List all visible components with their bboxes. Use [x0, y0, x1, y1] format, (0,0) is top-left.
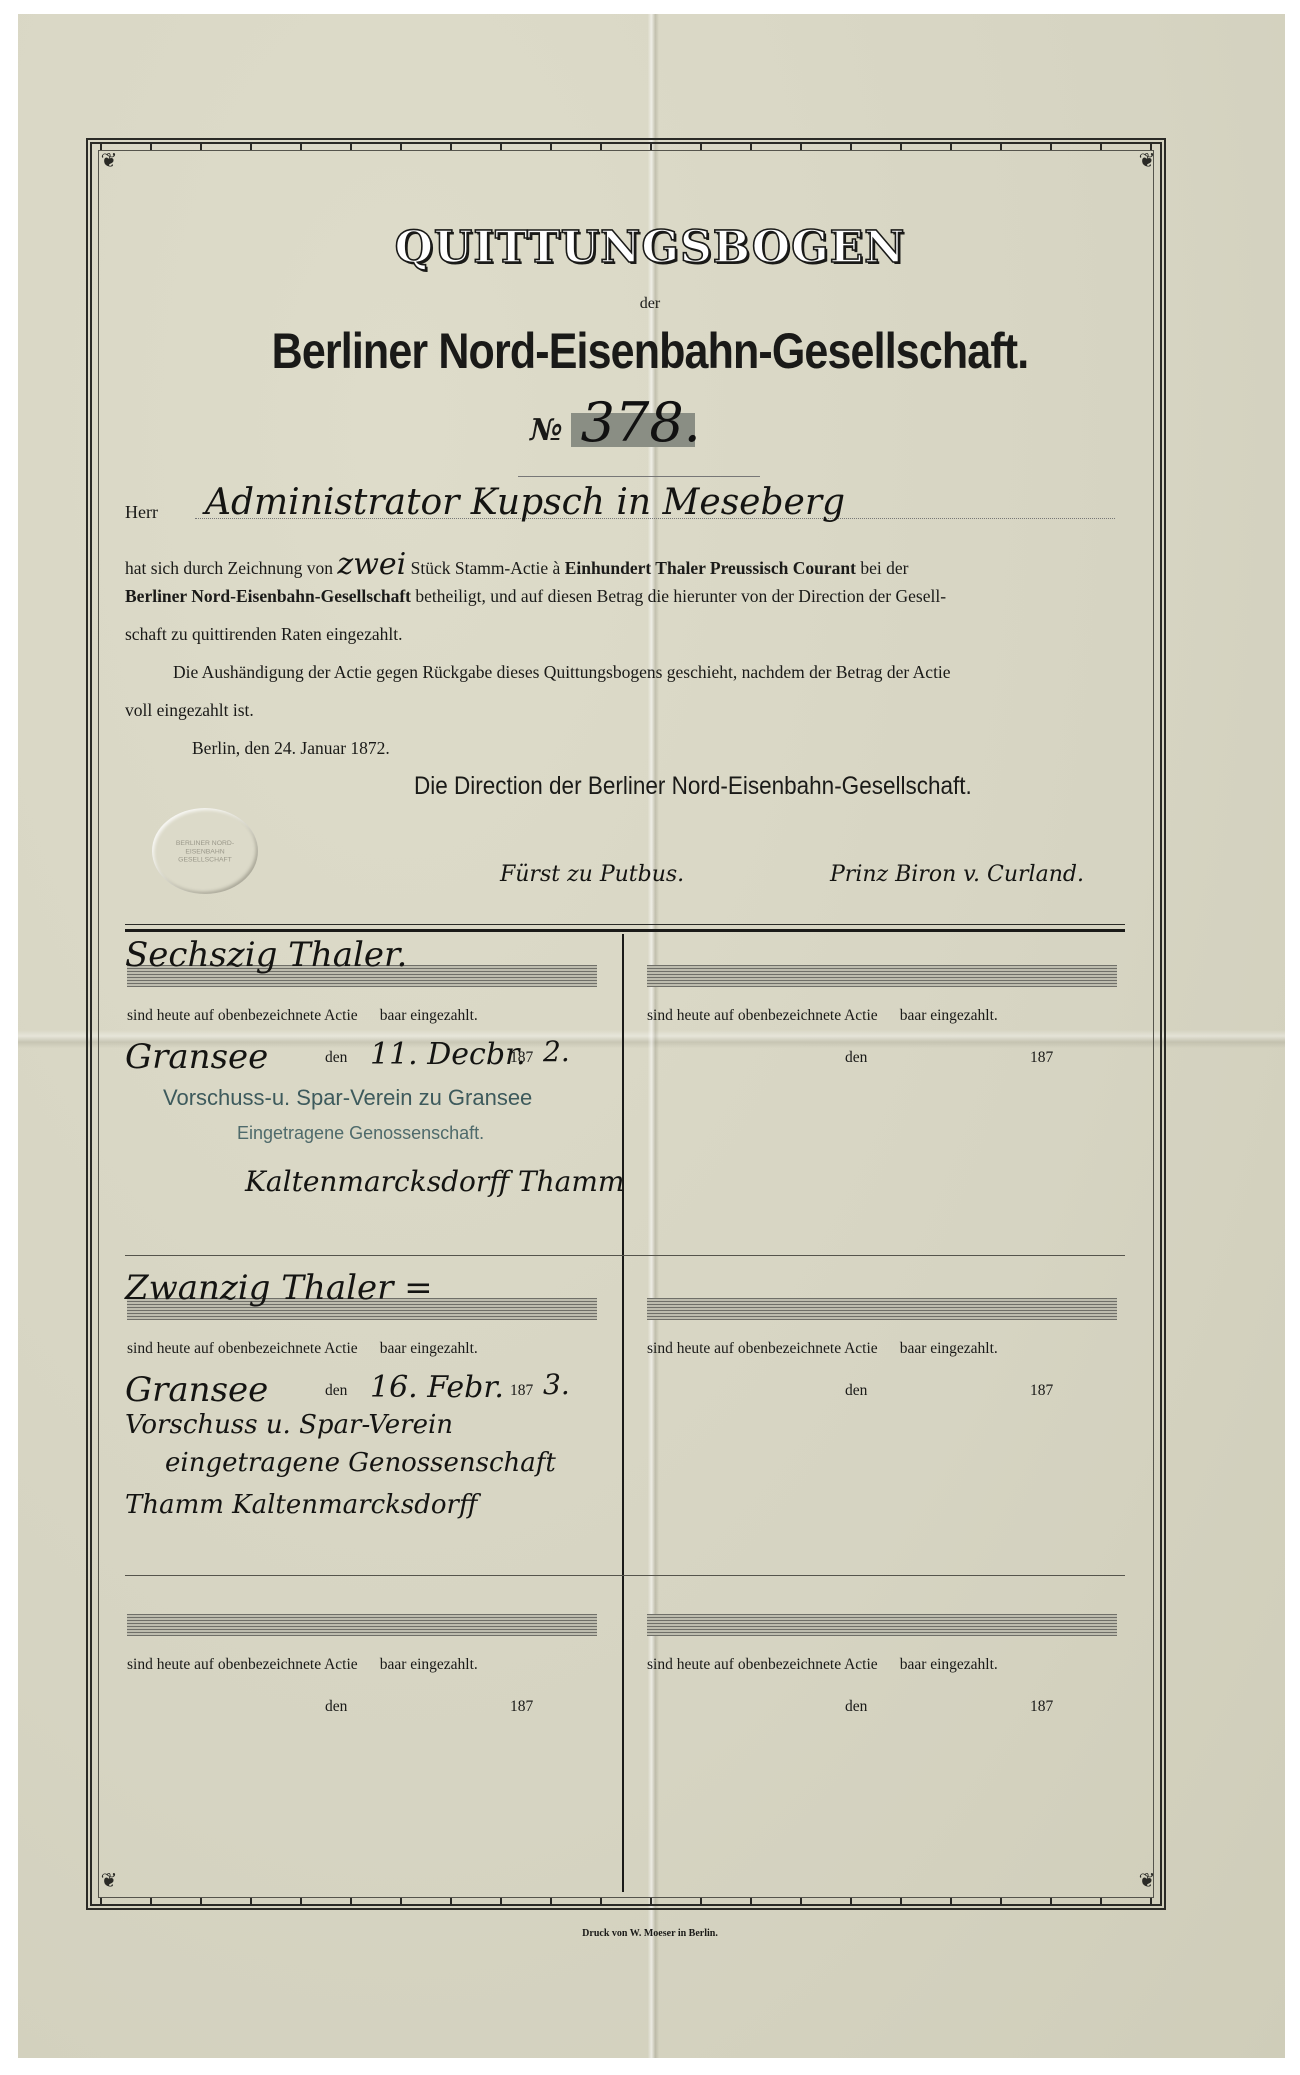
year-prefix: 187 — [510, 1382, 533, 1400]
holder-row: Herr Administrator Kupsch in Meseberg — [125, 490, 1125, 530]
signature-1: Fürst zu Putbus. — [500, 862, 684, 887]
text: baar eingezahlt. — [900, 1340, 998, 1357]
year-prefix: 187 — [510, 1698, 533, 1716]
text: baar eingezahlt. — [380, 1656, 478, 1673]
receipt-text: sind heute auf obenbezeichnete Actiebaar… — [127, 1656, 478, 1674]
receipt-cell-right-3: sind heute auf obenbezeichnete Actiebaar… — [645, 1574, 1115, 1884]
handwritten-bank-line-1: Vorschuss u. Spar-Verein — [125, 1410, 453, 1440]
text: bei der — [860, 558, 908, 578]
text: hat sich durch Zeichnung von — [125, 558, 333, 578]
certificate-number: № 378. — [530, 400, 695, 460]
seal-text: BERLINER NORD-EISENBAHN GESELLSCHAFT — [167, 839, 244, 863]
column-divider — [622, 934, 624, 1892]
year-suffix-handwritten: 3. — [543, 1368, 570, 1401]
receipt-text: sind heute auf obenbezeichnete Actiebaar… — [127, 1007, 478, 1025]
amount-handwritten: Sechszig Thaler. — [125, 935, 407, 975]
den-label: den — [845, 1049, 867, 1067]
text: betheiligt, und auf diesen Betrag die hi… — [415, 586, 946, 606]
text: sind heute auf obenbezeichnete Actie — [127, 1340, 358, 1357]
year-prefix: 187 — [1030, 1698, 1053, 1716]
text: sind heute auf obenbezeichnete Actie — [127, 1656, 358, 1673]
amount-bar — [647, 965, 1117, 987]
body-line-5: voll eingezahlt ist. — [125, 702, 1125, 720]
handwritten-bank-line-2: eingetragene Genossenschaft — [165, 1448, 556, 1478]
receipt-text: sind heute auf obenbezeichnete Actiebaar… — [647, 1340, 998, 1358]
text: Stück Stamm-Actie à — [411, 558, 561, 578]
receipt-signature: Thamm Kaltenmarcksdorff — [125, 1490, 477, 1520]
text: baar eingezahlt. — [900, 1656, 998, 1673]
den-label: den — [845, 1698, 867, 1716]
corner-ornament-icon: ❦ — [1136, 1870, 1158, 1892]
amount-handwritten: Zwanzig Thaler = — [125, 1268, 433, 1308]
den-label: den — [325, 1049, 347, 1067]
receipt-text: sind heute auf obenbezeichnete Actiebaar… — [647, 1656, 998, 1674]
receipt-text: sind heute auf obenbezeichnete Actiebaar… — [647, 1007, 998, 1025]
number-box: 378. — [571, 413, 695, 447]
receipt-cell-left-2: Zwanzig Thaler = sind heute auf obenbeze… — [125, 1258, 595, 1568]
signature-2: Prinz Biron v. Curland. — [830, 862, 1084, 887]
share-value: Einhundert Thaler Preussisch Courant — [565, 558, 856, 578]
company-name: Berliner Nord-Eisenbahn-Gesellschaft. — [91, 322, 1209, 380]
bank-stamp-line-1: Vorschuss-u. Spar-Verein zu Gransee — [163, 1085, 532, 1111]
number-handwritten: 378. — [581, 391, 701, 454]
receipt-cell-left-1: Sechszig Thaler. sind heute auf obenbeze… — [125, 925, 595, 1235]
place-handwritten: Gransee — [125, 1037, 268, 1077]
body-line-4: Die Aushändigung der Actie gegen Rückgab… — [125, 664, 1125, 682]
direction-heading: Die Direction der Berliner Nord-Eisenbah… — [414, 772, 972, 801]
corner-ornament-icon: ❦ — [98, 150, 120, 172]
receipt-cell-right-1: sind heute auf obenbezeichnete Actiebaar… — [645, 925, 1115, 1235]
text: sind heute auf obenbezeichnete Actie — [647, 1340, 878, 1357]
receipt-cell-right-2: sind heute auf obenbezeichnete Actiebaar… — [645, 1258, 1115, 1568]
text: sind heute auf obenbezeichnete Actie — [647, 1007, 878, 1024]
corner-ornament-icon: ❦ — [1136, 150, 1158, 172]
body-line-1: hat sich durch Zeichnung von zwei Stück … — [125, 550, 1125, 580]
receipt-cell-left-3: sind heute auf obenbezeichnete Actiebaar… — [125, 1574, 595, 1884]
document-title: QUITTUNGSBOGEN — [0, 222, 1300, 273]
receipt-signature: Kaltenmarcksdorff Thamm — [245, 1165, 624, 1198]
body-line-3: schaft zu quittirenden Raten eingezahlt. — [125, 626, 1125, 644]
den-label: den — [845, 1382, 867, 1400]
title-connector: der — [0, 295, 1300, 313]
border-chain-top — [100, 142, 1155, 150]
amount-bar — [127, 1614, 597, 1636]
numero-sign: № — [530, 413, 563, 448]
bank-stamp-line-2: Eingetragene Genossenschaft. — [237, 1123, 484, 1144]
border-chain-bottom — [100, 1898, 1155, 1906]
text: sind heute auf obenbezeichnete Actie — [127, 1007, 358, 1024]
body-line-2: Berliner Nord-Eisenbahn-Gesellschaft bet… — [125, 588, 1125, 606]
year-prefix: 187 — [1030, 1382, 1053, 1400]
year-prefix: 187 — [1030, 1049, 1053, 1067]
share-count-handwritten: zwei — [337, 547, 406, 582]
issue-date: Berlin, den 24. Januar 1872. — [192, 740, 1192, 758]
year-prefix: 187 — [510, 1049, 533, 1067]
herr-label: Herr — [125, 502, 158, 523]
holder-name-handwritten: Administrator Kupsch in Meseberg — [205, 482, 845, 523]
text: baar eingezahlt. — [380, 1340, 478, 1357]
printer-imprint: Druck von W. Moeser in Berlin. — [0, 1928, 1300, 1939]
row-separator — [125, 1255, 1125, 1256]
company-bold: Berliner Nord-Eisenbahn-Gesellschaft — [125, 586, 411, 606]
den-label: den — [325, 1698, 347, 1716]
amount-bar — [647, 1298, 1117, 1320]
receipt-text: sind heute auf obenbezeichnete Actiebaar… — [127, 1340, 478, 1358]
date-handwritten: 11. Decbr. — [370, 1037, 526, 1072]
corner-ornament-icon: ❦ — [98, 1870, 120, 1892]
text: baar eingezahlt. — [900, 1007, 998, 1024]
text: baar eingezahlt. — [380, 1007, 478, 1024]
place-handwritten: Gransee — [125, 1370, 268, 1410]
year-suffix-handwritten: 2. — [543, 1035, 570, 1068]
amount-bar — [647, 1614, 1117, 1636]
number-underline — [518, 476, 760, 477]
embossed-seal: BERLINER NORD-EISENBAHN GESELLSCHAFT — [152, 808, 258, 894]
date-handwritten: 16. Febr. — [370, 1370, 504, 1405]
text: sind heute auf obenbezeichnete Actie — [647, 1656, 878, 1673]
den-label: den — [325, 1382, 347, 1400]
